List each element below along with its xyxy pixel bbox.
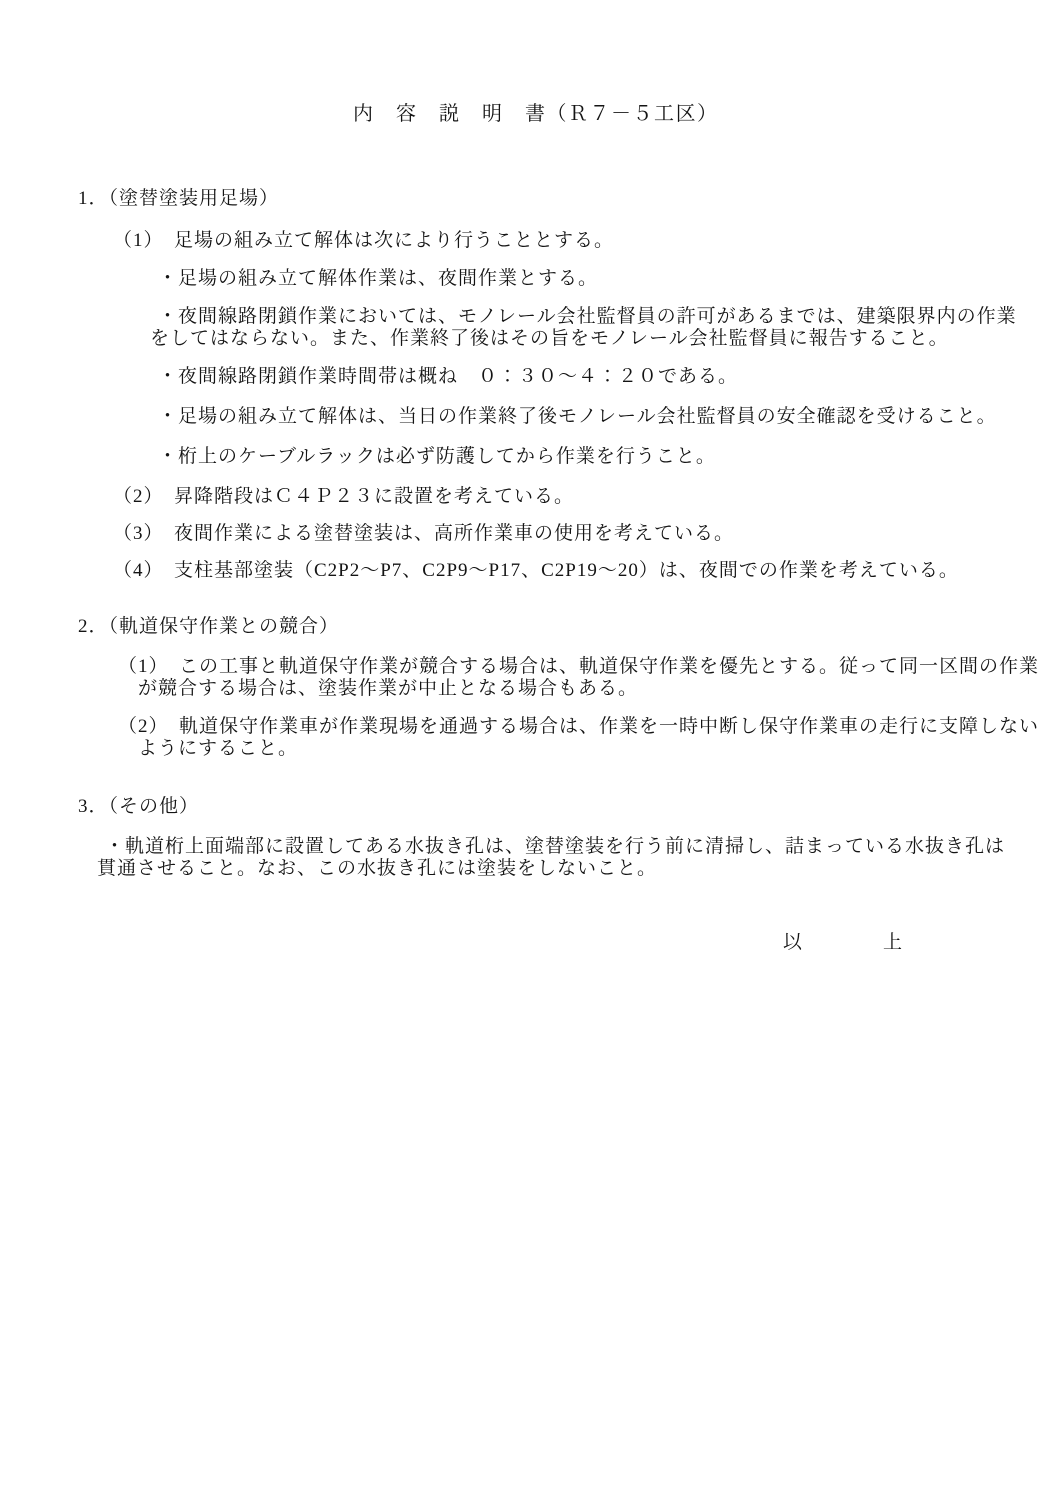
- bullet-text-line-1: ・夜間線路閉鎖作業においては、モノレール会社監督員の許可があるまでは、建築限界内…: [150, 306, 1017, 328]
- section-1-bullet-3: ・夜間線路閉鎖作業時間帯は概ね ０：３０～４：２０である。: [150, 366, 738, 388]
- document-page: 内 容 説 明 書（Ｒ７－５工区） 1．（塗替塗装用足場） （1） 足場の組み立…: [0, 0, 1058, 1497]
- section-3-heading: 3．（その他）: [78, 796, 199, 818]
- closing-statement: 以 上: [783, 932, 903, 954]
- bullet-text: ・足場の組み立て解体は、当日の作業終了後モノレール会社監督員の安全確認を受けるこ…: [150, 406, 997, 428]
- bullet-text-line-2: をしてはならない。また、作業終了後はその旨をモノレール会社監督員に報告すること。: [150, 328, 1017, 350]
- section-1-bullet-5: ・桁上のケーブルラックは必ず防護してから作業を行うこと。: [150, 446, 716, 468]
- section-1-item-2: （2） 昇降階段はＣ４Ｐ２３に設置を考えている。: [113, 486, 574, 508]
- item-text-line-2: ようにすること。: [138, 738, 1039, 760]
- bullet-text-line-1: ・軌道桁上面端部に設置してある水抜き孔は、塗替塗装を行う前に清掃し、詰まっている…: [97, 836, 1005, 858]
- bullet-text: ・夜間線路閉鎖作業時間帯は概ね ０：３０～４：２０である。: [150, 366, 738, 388]
- section-2-item-1: （1） この工事と軌道保守作業が競合する場合は、軌道保守作業を優先とする。従って…: [138, 656, 1039, 700]
- bullet-text-line-2: 貫通させること。なお、この水抜き孔には塗装をしないこと。: [97, 858, 1005, 880]
- item-text-line-1: （1） この工事と軌道保守作業が競合する場合は、軌道保守作業を優先とする。従って…: [138, 656, 1039, 678]
- section-2-item-2: （2） 軌道保守作業車が作業現場を通過する場合は、作業を一時中断し保守作業車の走…: [138, 716, 1039, 760]
- section-1-bullet-2: ・夜間線路閉鎖作業においては、モノレール会社監督員の許可があるまでは、建築限界内…: [150, 306, 1017, 350]
- section-1-heading: 1．（塗替塗装用足場）: [78, 188, 279, 210]
- section-1-bullet-1: ・足場の組み立て解体作業は、夜間作業とする。: [150, 268, 598, 290]
- section-1-item-4: （4） 支柱基部塗装（C2P2～P7、C2P9～P17、C2P19～20）は、夜…: [113, 560, 959, 582]
- bullet-text: ・桁上のケーブルラックは必ず防護してから作業を行うこと。: [150, 446, 716, 468]
- section-1-item-3: （3） 夜間作業による塗替塗装は、高所作業車の使用を考えている。: [113, 523, 734, 545]
- bullet-text: ・足場の組み立て解体作業は、夜間作業とする。: [150, 268, 598, 290]
- section-3-bullet: ・軌道桁上面端部に設置してある水抜き孔は、塗替塗装を行う前に清掃し、詰まっている…: [97, 836, 1005, 880]
- section-1-item-1: （1） 足場の組み立て解体は次により行うこととする。: [113, 230, 614, 252]
- section-2-heading: 2．（軌道保守作業との競合）: [78, 616, 339, 638]
- section-1-bullet-4: ・足場の組み立て解体は、当日の作業終了後モノレール会社監督員の安全確認を受けるこ…: [150, 406, 997, 428]
- page-title: 内 容 説 明 書（Ｒ７－５工区）: [353, 103, 719, 125]
- item-text-line-2: が競合する場合は、塗装作業が中止となる場合もある。: [138, 678, 1039, 700]
- item-text-line-1: （2） 軌道保守作業車が作業現場を通過する場合は、作業を一時中断し保守作業車の走…: [138, 716, 1039, 738]
